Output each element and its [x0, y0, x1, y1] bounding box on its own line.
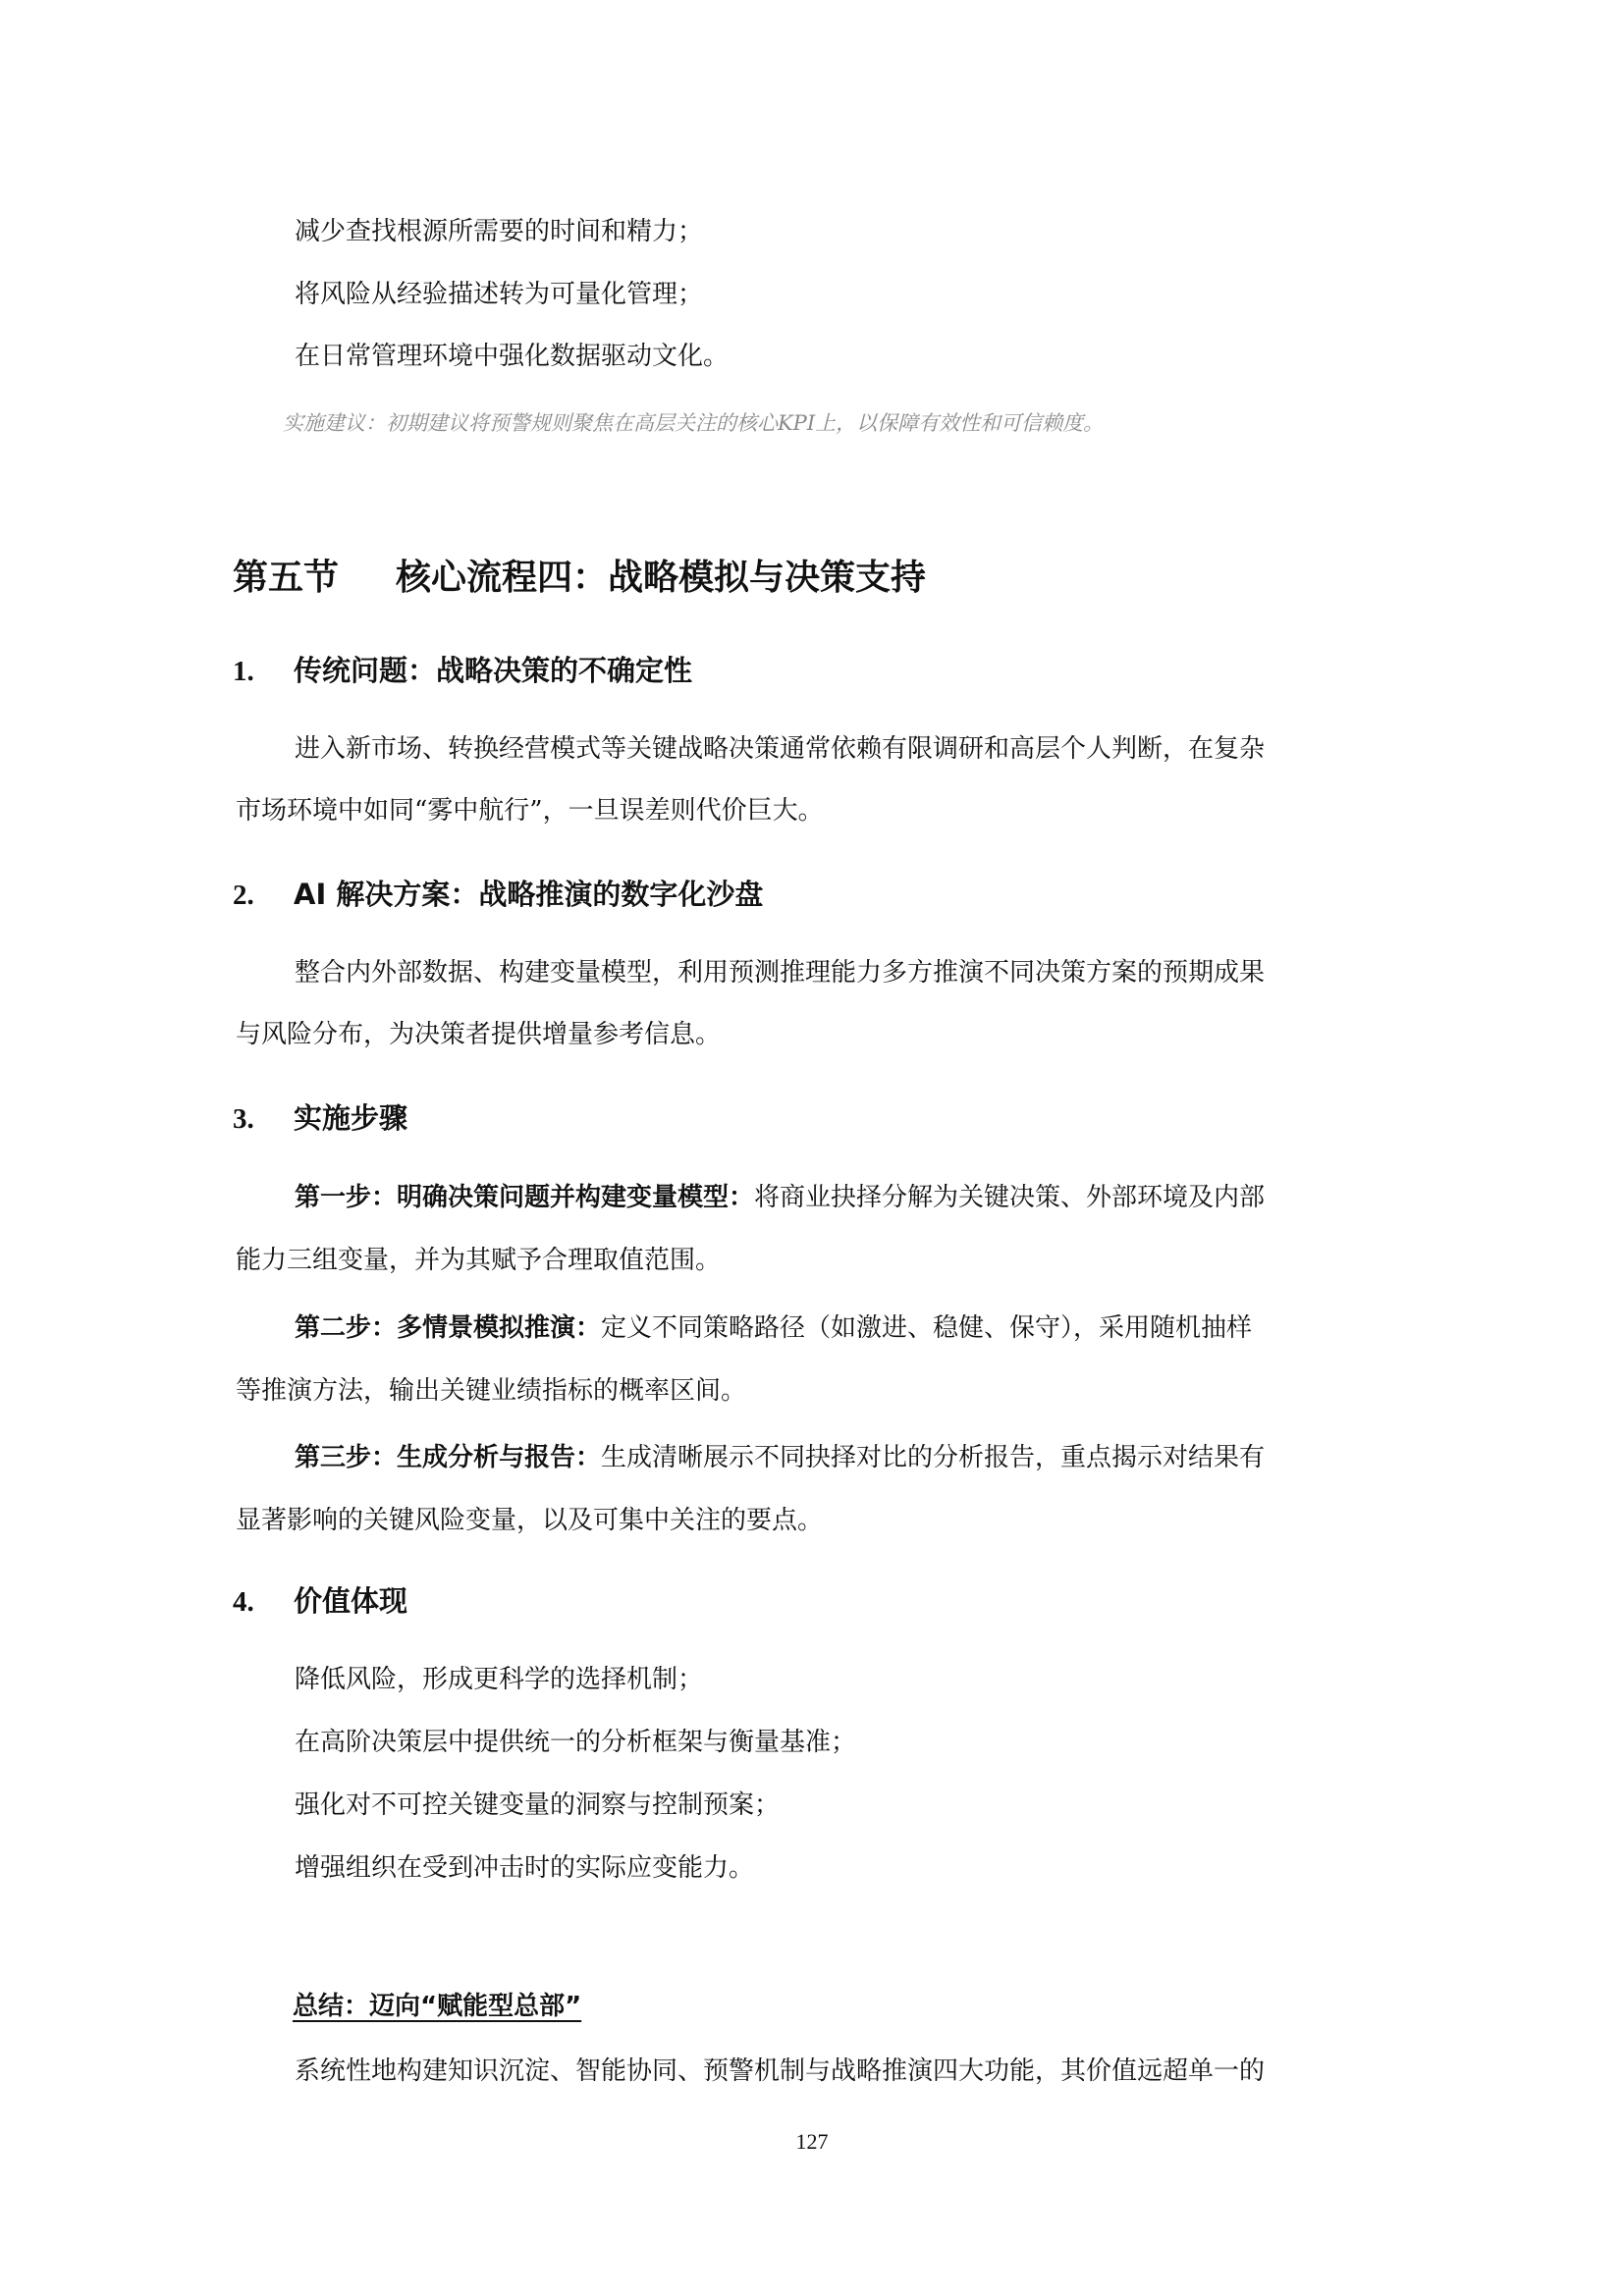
subsection-number: 3. [233, 1100, 294, 1138]
subsection-heading-4: 4.价值体现 [233, 1582, 407, 1621]
value-item: 减少查找根源所需要的时间和精力； [295, 215, 703, 248]
paragraph-line: 进入新市场、转换经营模式等关键战略决策通常依赖有限调研和高层个人判断，在复杂 [295, 732, 1265, 766]
step-label: 第一步：明确决策问题并构建变量模型： [295, 1183, 754, 1212]
section-heading: 第五节核心流程四：战略模拟与决策支持 [233, 557, 926, 600]
subsection-heading-3: 3.实施步骤 [233, 1099, 407, 1138]
step-3-continuation: 显著影响的关键风险变量，以及可集中关注的要点。 [236, 1504, 823, 1537]
step-1-continuation: 能力三组变量，并为其赋予合理取值范围。 [236, 1244, 721, 1277]
value-item: 将风险从经验描述转为可量化管理； [295, 278, 703, 311]
step-label: 第三步：生成分析与报告： [295, 1443, 601, 1472]
paragraph-line: 整合内外部数据、构建变量模型，利用预测推理能力多方推演不同决策方案的预期成果 [295, 956, 1265, 989]
step-2-line: 第二步：多情景模拟推演：定义不同策略路径（如激进、稳健、保守），采用随机抽样 [295, 1311, 1252, 1345]
subsection-heading-2: 2.AI 解决方案：战略推演的数字化沙盘 [233, 876, 763, 914]
subsection-number: 4. [233, 1583, 294, 1621]
step-text: 定义不同策略路径（如激进、稳健、保守），采用随机抽样 [601, 1313, 1252, 1343]
step-text: 将商业抉择分解为关键决策、外部环境及内部 [754, 1183, 1265, 1212]
step-1-line: 第一步：明确决策问题并构建变量模型：将商业抉择分解为关键决策、外部环境及内部 [295, 1181, 1265, 1214]
value-item: 在高阶决策层中提供统一的分析框架与衡量基准； [295, 1726, 856, 1759]
value-item: 在日常管理环境中强化数据驱动文化。 [295, 340, 729, 373]
step-3-line: 第三步：生成分析与报告：生成清晰展示不同抉择对比的分析报告，重点揭示对结果有 [295, 1441, 1265, 1474]
subsection-title: AI 解决方案：战略推演的数字化沙盘 [294, 878, 763, 911]
value-item: 强化对不可控关键变量的洞察与控制预案； [295, 1789, 780, 1822]
section-title: 核心流程四：战略模拟与决策支持 [396, 558, 926, 598]
subsection-heading-1: 1.传统问题：战略决策的不确定性 [233, 652, 692, 690]
paragraph-line: 与风险分布，为决策者提供增量参考信息。 [236, 1018, 721, 1051]
value-item: 增强组织在受到冲击时的实际应变能力。 [295, 1851, 754, 1885]
subsection-title: 传统问题：战略决策的不确定性 [294, 654, 692, 687]
summary-title: 总结：迈向“赋能型总部” [293, 1990, 581, 2023]
document-page: 减少查找根源所需要的时间和精力； 将风险从经验描述转为可量化管理； 在日常管理环… [0, 0, 1624, 2296]
implementation-note: 实施建议：初期建议将预警规则聚焦在高层关注的核心KPI上，以保障有效性和可信赖度… [283, 406, 1104, 440]
step-label: 第二步：多情景模拟推演： [295, 1313, 601, 1343]
section-number: 第五节 [233, 558, 339, 598]
paragraph-line: 市场环境中如同“雾中航行”，一旦误差则代价巨大。 [236, 794, 824, 828]
step-2-continuation: 等推演方法，输出关键业绩指标的概率区间。 [236, 1374, 746, 1408]
value-item: 降低风险，形成更科学的选择机制； [295, 1663, 703, 1696]
subsection-number: 1. [233, 653, 294, 690]
summary-line: 系统性地构建知识沉淀、智能协同、预警机制与战略推演四大功能，其价值远超单一的 [295, 2055, 1265, 2088]
subsection-number: 2. [233, 877, 294, 914]
step-text: 生成清晰展示不同抉择对比的分析报告，重点揭示对结果有 [601, 1443, 1265, 1472]
page-number: 127 [0, 2128, 1624, 2156]
subsection-title: 实施步骤 [294, 1101, 407, 1135]
subsection-title: 价值体现 [294, 1584, 407, 1618]
